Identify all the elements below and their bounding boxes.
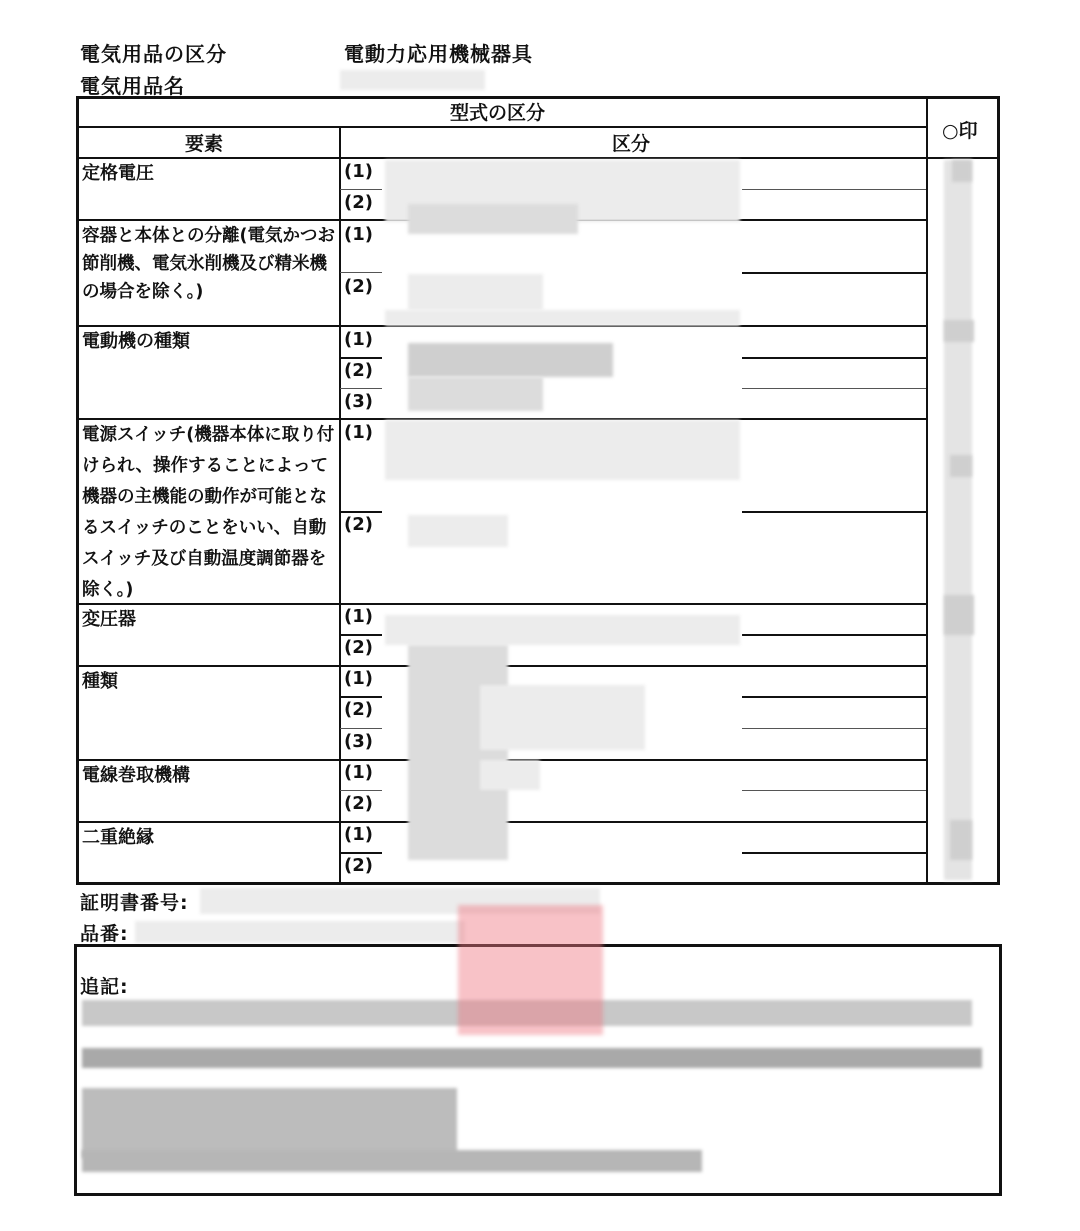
redacted-content [385,420,740,480]
item-number: (1) [344,762,373,783]
element-container-separation: 容器と本体との分離(電気かつお節削機、電気氷削機及び精米機の場合を除く。) [82,222,337,306]
item-number: (2) [344,360,373,381]
category-value: 電動力応用機械器具 [344,38,533,67]
item-divider [340,388,382,389]
item-number: (2) [344,192,373,213]
category-label: 電気用品の区分 [80,38,227,67]
item-divider [340,634,382,636]
item-divider [340,728,382,729]
redacted-mark [950,820,972,860]
item-divider [742,388,926,389]
item-number: (2) [344,855,373,876]
redacted-content [385,615,740,645]
element-type: 種類 [82,668,337,696]
item-divider [340,511,382,513]
column-header-element: 要素 [185,129,223,156]
company-seal-stamp [458,905,603,1035]
redacted-mark [952,160,972,182]
item-number: (3) [344,391,373,412]
item-divider [742,696,926,698]
item-divider [340,852,382,854]
item-number: (1) [344,668,373,689]
element-power-switch: 電源スイッチ(機器本体に取り付けられ、操作することによって機器の主機能の動作が可… [82,420,337,606]
redacted-remarks-line [82,1088,457,1158]
item-divider [742,634,926,636]
item-divider [742,511,926,513]
item-number: (1) [344,422,373,443]
table-divider [76,157,1000,159]
column-header-division: 区分 [612,129,650,156]
redacted-content [480,685,645,750]
item-divider [742,790,926,791]
redacted-content [408,343,613,377]
product-name-value-redacted [340,70,485,90]
item-number: (1) [344,329,373,350]
element-cord-reel: 電線巻取機構 [82,762,337,790]
redacted-content [385,310,740,326]
redacted-mark [944,595,974,635]
item-number: (2) [344,637,373,658]
item-divider [742,189,926,190]
item-divider [340,272,382,273]
table-divider [76,126,928,128]
redacted-mark [944,320,974,342]
element-rated-voltage: 定格電圧 [82,160,337,188]
certificate-number-label: 証明書番号: [80,888,189,915]
redacted-content [408,377,543,411]
remarks-label: 追記: [80,972,129,999]
redacted-content [408,515,508,547]
redacted-content [408,274,543,310]
item-divider [340,790,382,791]
item-number: (1) [344,224,373,245]
item-divider [742,852,926,854]
element-motor-type: 電動機の種類 [82,328,337,356]
item-number: (3) [344,731,373,752]
part-number-value-redacted [135,921,465,943]
redacted-mark-column [944,160,972,880]
item-divider [340,189,382,190]
element-transformer: 変圧器 [82,606,337,634]
item-number: (2) [344,514,373,535]
item-divider [340,696,382,698]
item-number: (1) [344,824,373,845]
item-number: (2) [344,793,373,814]
redacted-mark [950,455,972,477]
element-double-insulation: 二重絶縁 [82,824,337,852]
redacted-remarks-line [82,1150,702,1172]
item-number: (1) [344,161,373,182]
item-number: (2) [344,276,373,297]
redacted-content [408,204,578,234]
table-divider [926,96,928,885]
redacted-content [408,645,508,860]
item-divider [742,357,926,359]
part-number-label: 品番: [80,919,129,946]
item-number: (1) [344,606,373,627]
item-number: (2) [344,699,373,720]
product-name-label: 電気用品名 [80,70,185,99]
table-title: 型式の区分 [450,98,545,125]
item-divider [340,357,382,359]
column-header-mark: ○印 [942,116,978,143]
item-divider [742,272,926,274]
redacted-content [480,760,540,790]
table-divider [339,126,341,885]
redacted-remarks-line [82,1048,982,1068]
item-divider [742,728,926,729]
